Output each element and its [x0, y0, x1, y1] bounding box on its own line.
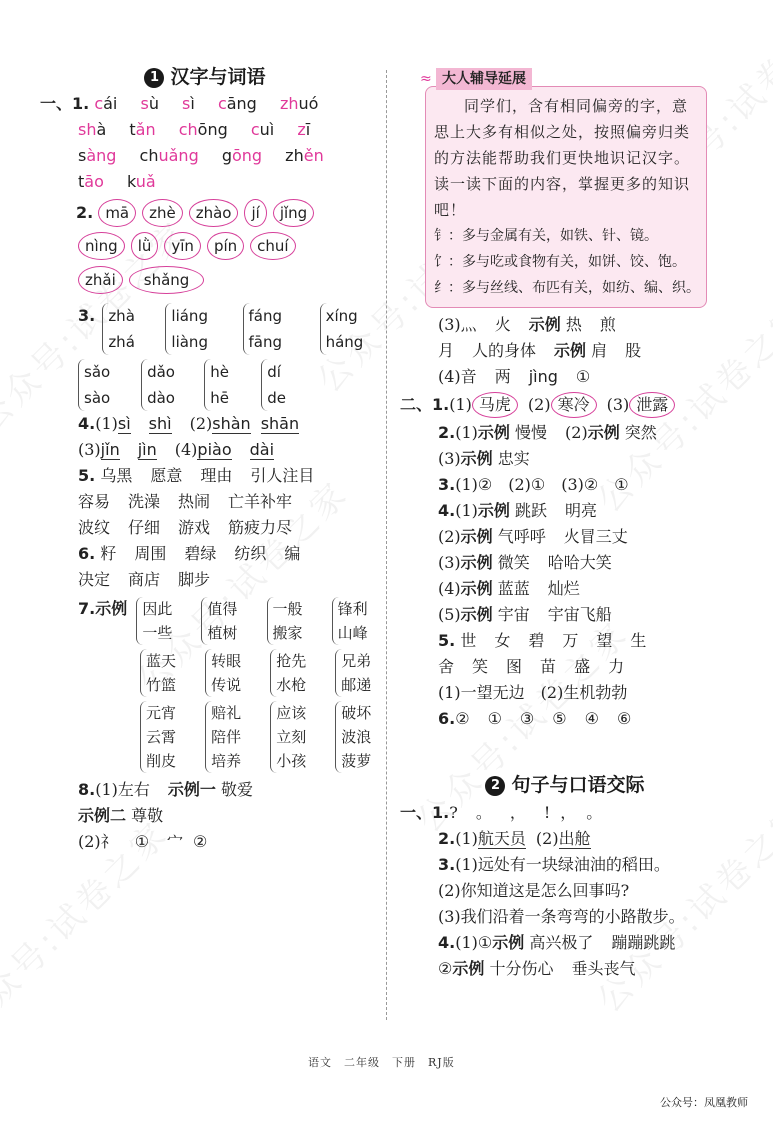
q4-line-1: 4.(1)sìshì(2)shànshān	[40, 411, 370, 437]
bracket-pair: 蓝天竹篮	[140, 649, 192, 697]
p2-q6: 6.②①③⑤④⑥	[400, 706, 730, 732]
s2-q3-line-2: (2)你知道这是怎么回事吗?	[400, 878, 730, 904]
q3-row-2: sǎosào dǎodào hèhē díde	[40, 359, 370, 411]
section-title-2: 2句子与口语交际	[400, 770, 730, 800]
q1-row-4: tāo kuǎ	[40, 169, 370, 195]
wave-icon: ≈	[420, 71, 432, 87]
circled-answer: zhè	[142, 199, 183, 227]
circled-answer: yīn	[164, 232, 201, 260]
bracket-pair: 转眼传说	[205, 649, 257, 697]
q1-row-3: sàng chuǎng gōng zhěn	[40, 143, 370, 169]
q8-cont-line-2: 月人的身体示例 肩股	[400, 338, 730, 364]
s2-q3-line-1: 3.(1)远处有一块绿油油的稻田。	[400, 852, 730, 878]
callout-box: 同学们，含有相同偏旁的字，意思上大多有相似之处，按照偏旁归类的方法能帮助我们更快…	[425, 86, 707, 308]
section-title-1: 1汉字与词语	[40, 62, 370, 92]
circled-answer: lǜ	[131, 232, 159, 260]
section-number-badge: 2	[485, 776, 505, 796]
right-column: ≈ 大人辅导延展 同学们，含有相同偏旁的字，意思上大多有相似之处，按照偏旁归类的…	[400, 68, 730, 982]
section-number-badge: 1	[144, 68, 164, 88]
circled-answer: chuí	[250, 232, 295, 260]
bracket-pair: díde	[261, 359, 309, 411]
s2-q4-line-1: 4.(1)①示例 高兴极了蹦蹦跳跳	[400, 930, 730, 956]
p2-q3: 3.(1)② (2)① (3)② ①	[400, 472, 730, 498]
p2-q4-item-3: (3)示例 微笑哈哈大笑	[400, 550, 730, 576]
circled-answer: mā	[98, 199, 136, 227]
s2-q1: 一、1.?。，!，。	[400, 800, 730, 826]
q5-row-2: 容易洗澡热闹亡羊补牢	[40, 489, 370, 515]
bracket-pair: 值得植树	[201, 597, 253, 645]
circled-answer: jǐng	[273, 199, 314, 227]
s2-q2: 2.(1)航天员(2)出舱	[400, 826, 730, 852]
bracket-pair: hèhē	[204, 359, 246, 411]
p2-q5-row-1: 5. 世女碧万望生	[400, 628, 730, 654]
question-number: 8.	[78, 780, 95, 799]
radical-note: 钅：多与金属有关，如铁、针、镜。	[434, 223, 698, 249]
q2-row-1: 2. māzhèzhàojíjǐng	[40, 197, 370, 229]
q7-group-3: 元宵云霄削皮 赔礼陪伴培养 应该立刻小孩 破坏波浪菠萝	[40, 701, 370, 773]
q5-row-1: 5. 乌黑愿意理由引人注目	[40, 463, 370, 489]
question-number: 3.	[78, 306, 95, 325]
bracket-pair: fángfāng	[243, 303, 305, 355]
circled-answer: pín	[207, 232, 244, 260]
section-title-text: 汉字与词语	[170, 66, 265, 88]
q6-row-2: 决定商店脚步	[40, 567, 370, 593]
circled-answer: 泄露	[629, 392, 675, 418]
question-number: 5.	[78, 466, 95, 485]
bracket-pair: zhàzhá	[102, 303, 150, 355]
question-number: 1.	[72, 94, 89, 113]
callout-header: ≈ 大人辅导延展	[420, 68, 730, 90]
callout-title: 大人辅导延展	[436, 68, 532, 90]
p2-q4-item-2: (2)示例 气呼呼火冒三丈	[400, 524, 730, 550]
bracket-pair: 因此一些	[136, 597, 188, 645]
bracket-triple: 破坏波浪菠萝	[335, 701, 387, 773]
p2-q2-line-2: (3)示例 忠实	[400, 446, 730, 472]
p2-q1: 二、1.(1)马虎(2)寒冷(3)泄露	[400, 390, 730, 420]
p2-q4-item-4: (4)示例 蓝蓝灿烂	[400, 576, 730, 602]
footer-credit: 公众号：凤凰教师	[660, 1094, 748, 1110]
example-label: 示例	[95, 599, 127, 618]
bracket-pair: 一般搬家	[267, 597, 319, 645]
q7-group-2: 蓝天竹篮 转眼传说 抢先水枪 兄弟邮递	[40, 649, 370, 697]
bracket-pair: 兄弟邮递	[335, 649, 387, 697]
q8-line-3: (2)礻①宀②	[40, 829, 370, 855]
bracket-pair: dǎodào	[141, 359, 189, 411]
question-number: 4.	[78, 414, 95, 433]
q4-line-2: (3)jǐnjìn(4)piàodài	[40, 437, 370, 463]
page-footer: 语文 二年级 下册 RJ版	[308, 1054, 455, 1070]
bracket-pair: 锋利山峰	[332, 597, 384, 645]
circled-answer: jí	[244, 199, 266, 227]
left-column: 1汉字与词语 一、1. cái sù sì cāng zhuó shà tǎn …	[40, 62, 370, 855]
circled-answer: zhǎi	[78, 266, 123, 294]
question-number: 2.	[76, 203, 93, 222]
bracket-triple: 赔礼陪伴培养	[205, 701, 257, 773]
radical-note: 饣：多与吃或食物有关，如饼、饺、饱。	[434, 249, 698, 275]
q8-cont-line-1: (3)灬火示例 热煎	[400, 312, 730, 338]
bracket-pair: sǎosào	[78, 359, 126, 411]
q5-row-3: 波纹仔细游戏筋疲力尽	[40, 515, 370, 541]
bracket-pair: liángliàng	[165, 303, 227, 355]
circled-answer: 马虎	[472, 392, 518, 418]
q3-row-1: 3. zhàzhá liángliàng fángfāng xíngháng	[40, 303, 370, 355]
p2-q2-line-1: 2.(1)示例 慢慢(2)示例 突然	[400, 420, 730, 446]
q6-row-1: 6. 籽周围碧绿纺织编	[40, 541, 370, 567]
bracket-pair: xíngháng	[320, 303, 382, 355]
radical-note: 纟：多与丝线、布匹有关，如纺、编、织。	[434, 275, 698, 301]
circled-answer: 寒冷	[551, 392, 597, 418]
bracket-pair: 抢先水枪	[270, 649, 322, 697]
part-label: 二、	[400, 395, 432, 414]
section-title-text: 句子与口语交际	[511, 774, 644, 796]
p2-q5-row-3: (1)一望无边 (2)生机勃勃	[400, 680, 730, 706]
bracket-triple: 应该立刻小孩	[270, 701, 322, 773]
q2-row-3: zhǎishǎng	[40, 263, 370, 297]
circled-answer: zhào	[189, 199, 239, 227]
q8-line-1: 8.(1)左右示例一 敬爱	[40, 777, 370, 803]
s2-q3-line-3: (3)我们沿着一条弯弯的小路散步。	[400, 904, 730, 930]
p2-q4-item-5: (5)示例 宇宙宇宙飞船	[400, 602, 730, 628]
column-divider	[386, 70, 387, 1020]
circled-answer: shǎng	[129, 266, 205, 294]
bracket-triple: 元宵云霄削皮	[140, 701, 192, 773]
p2-q4-item-1: 4.(1)示例 跳跃明亮	[400, 498, 730, 524]
q8-cont-line-3: (4)音两jìng①	[400, 364, 730, 390]
s2-q4-line-2: ②示例 十分伤心垂头丧气	[400, 956, 730, 982]
callout-paragraph: 同学们，含有相同偏旁的字，意思上大多有相似之处，按照偏旁归类的方法能帮助我们更快…	[434, 93, 698, 223]
question-number: 6.	[78, 544, 95, 563]
question-number: 7.	[78, 599, 95, 618]
q2-row-2: nìnglǜyīnpínchuí	[40, 229, 370, 263]
q8-line-2: 示例二 尊敬	[40, 803, 370, 829]
q1-row-2: shà tǎn chōng cuì zī	[40, 117, 370, 143]
q7-group-1: 7.示例 因此一些 值得植树 一般搬家 锋利山峰	[40, 597, 370, 645]
q1-row-1: 一、1. cái sù sì cāng zhuó	[40, 91, 370, 117]
circled-answer: nìng	[78, 232, 125, 260]
p2-q5-row-2: 舍笑图苗盛力	[400, 654, 730, 680]
part-label: 一、	[40, 94, 72, 113]
